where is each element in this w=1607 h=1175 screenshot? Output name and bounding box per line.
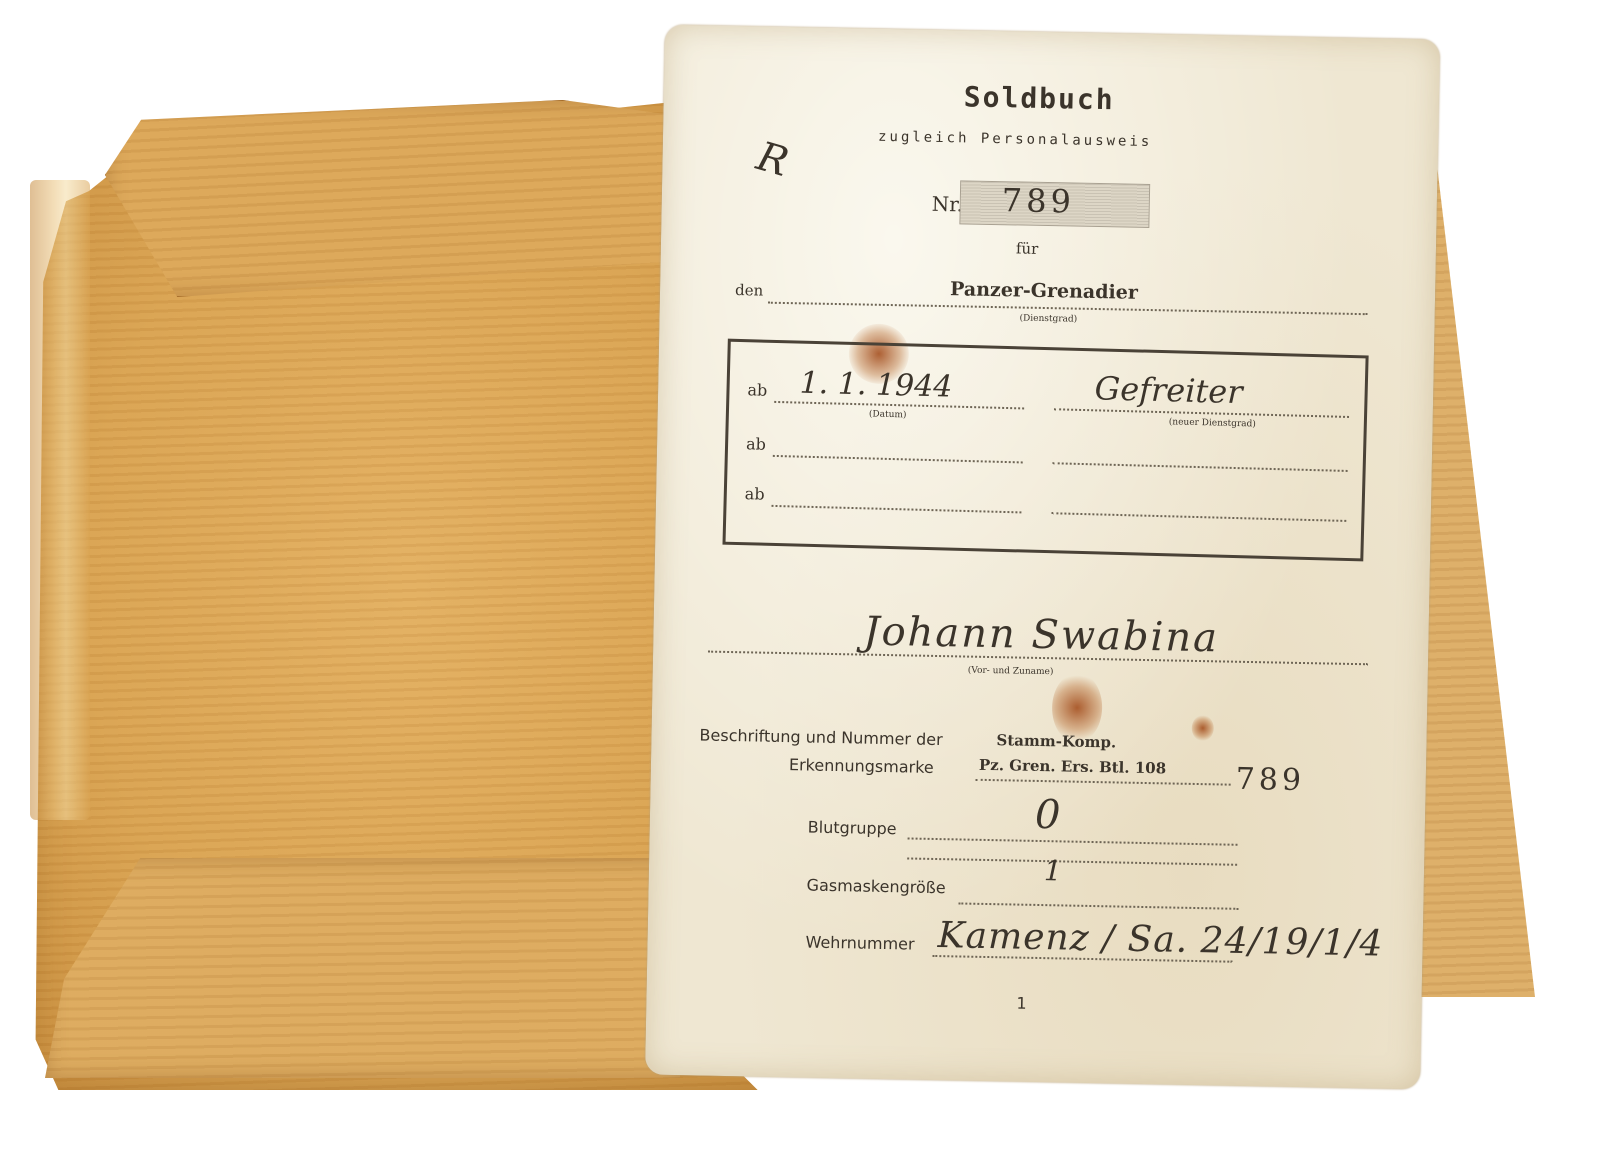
blood-group-label: Blutgruppe [808, 818, 897, 839]
fuer-label: für [1016, 239, 1039, 257]
wehrnummer-value: Kamenz / Sa. 24/19/1/4 [937, 915, 1384, 965]
promotion-rank-1: Gefreiter [1094, 369, 1243, 411]
document-title: Soldbuch [964, 80, 1115, 116]
page-number: 1 [1016, 994, 1027, 1013]
promotion-date-dotline-2 [773, 455, 1023, 464]
holder-name: Johann Swabina [863, 609, 1219, 662]
id-tag-stamp-line2: Pz. Gren. Ers. Btl. 108 [979, 756, 1166, 778]
id-tag-number: 789 [1235, 762, 1305, 798]
promotion-rank-dotline-3 [1051, 512, 1346, 522]
nr-value: 789 [1001, 181, 1075, 220]
rank-caption: (Dienstgrad) [1019, 314, 1077, 325]
den-label: den [735, 281, 763, 300]
rank-stamp: Panzer-Grenadier [950, 278, 1138, 304]
pencil-mark: R [752, 133, 794, 186]
left-cover-torn-edge [30, 180, 90, 820]
promotion-box: ab 1. 1. 1944 (Datum) Gefreiter (neuer D… [722, 339, 1368, 562]
id-tag-stamp-line1: Stamm-Komp. [996, 731, 1116, 751]
blood-group-dotline-2 [907, 857, 1237, 865]
gasmask-label: Gasmaskengröße [806, 876, 945, 898]
rank-dotline [768, 302, 1368, 316]
blood-group-value: 0 [1035, 792, 1061, 838]
id-tag-label-line1: Beschriftung und Nummer der [699, 725, 942, 749]
date-caption: (Datum) [869, 409, 907, 420]
name-caption: (Vor- und Zuname) [968, 666, 1054, 678]
gasmask-value: 1 [1044, 854, 1062, 887]
cover-bottom-flap [45, 858, 680, 1078]
nr-label: Nr. [932, 192, 964, 217]
id-tag-label-line2: Erkennungsmarke [789, 755, 934, 777]
new-rank-caption: (neuer Dienstgrad) [1169, 417, 1256, 429]
gasmask-dotline [958, 902, 1238, 909]
promotion-ab-label-2: ab [746, 434, 766, 454]
document-subtitle: zugleich Personalausweis [878, 129, 1153, 150]
promotion-date-dotline-3 [771, 505, 1021, 514]
promotion-rank-dotline-2 [1053, 462, 1348, 472]
promotion-ab-label-1: ab [747, 380, 767, 400]
promotion-ab-label-3: ab [745, 484, 765, 504]
rust-stain [1191, 715, 1213, 741]
promotion-date-1: 1. 1. 1944 [799, 366, 953, 405]
soldbuch-page: R Soldbuch zugleich Personalausweis Nr. … [645, 25, 1440, 1090]
blood-group-dotline [908, 837, 1238, 845]
id-tag-dotline [976, 779, 1231, 786]
wehrnummer-label: Wehrnummer [805, 933, 914, 954]
